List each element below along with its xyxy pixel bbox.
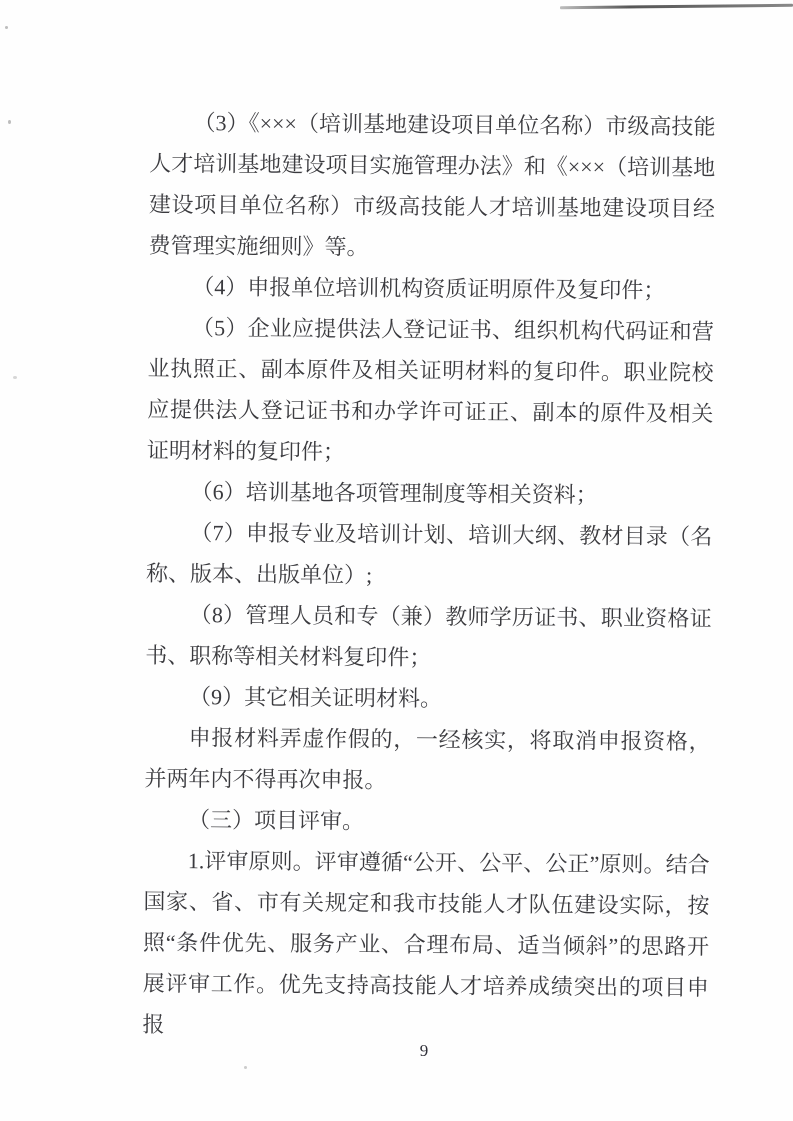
paragraph-item-5: （5）企业应提供法人登记证书、组织机构代码证和营业执照正、副本原件及相关证明材料… — [147, 307, 714, 475]
paragraph-item-9: （9）其它相关证明材料。 — [145, 676, 711, 721]
scan-speck — [5, 26, 8, 29]
paragraph-item-6: （6）培训基地各项管理制度等相关资料； — [146, 471, 712, 516]
page-number: 9 — [404, 1041, 444, 1061]
scanned-document-page: （3）《×××（培训基地建设项目单位名称）市级高技能人才培训基地建设项目实施管理… — [0, 0, 793, 1121]
section-heading-3: （三）项目评审。 — [144, 799, 710, 844]
paragraph-item-8: （8）管理人员和专（兼）教师学历证书、职业资格证书、职称等相关材料复印件； — [145, 594, 712, 680]
scan-speck — [8, 120, 11, 124]
document-body: （3）《×××（培训基地建设项目单位名称）市级高技能人才培训基地建设项目实施管理… — [142, 102, 715, 1049]
scan-artifact-top-edge-line — [560, 4, 793, 9]
scan-speck — [244, 1066, 247, 1069]
paragraph-item-4: （4）申报单位培训机构资质证明原件及复印件； — [148, 266, 714, 311]
paragraph-item-7: （7）申报专业及培训计划、培训大纲、教材目录（名称、版本、出版单位）; — [146, 512, 713, 598]
paragraph-review-principle: 1.评审原则。评审遵循“公开、公平、公正”原则。结合国家、省、市有关规定和我市技… — [142, 840, 710, 1049]
paragraph-item-3: （3）《×××（培训基地建设项目单位名称）市级高技能人才培训基地建设项目实施管理… — [148, 102, 715, 270]
scan-speck — [13, 376, 17, 379]
paragraph-fraud-warning: 申报材料弄虚作假的，一经核实，将取消申报资格，并两年内不得再次申报。 — [144, 717, 711, 803]
